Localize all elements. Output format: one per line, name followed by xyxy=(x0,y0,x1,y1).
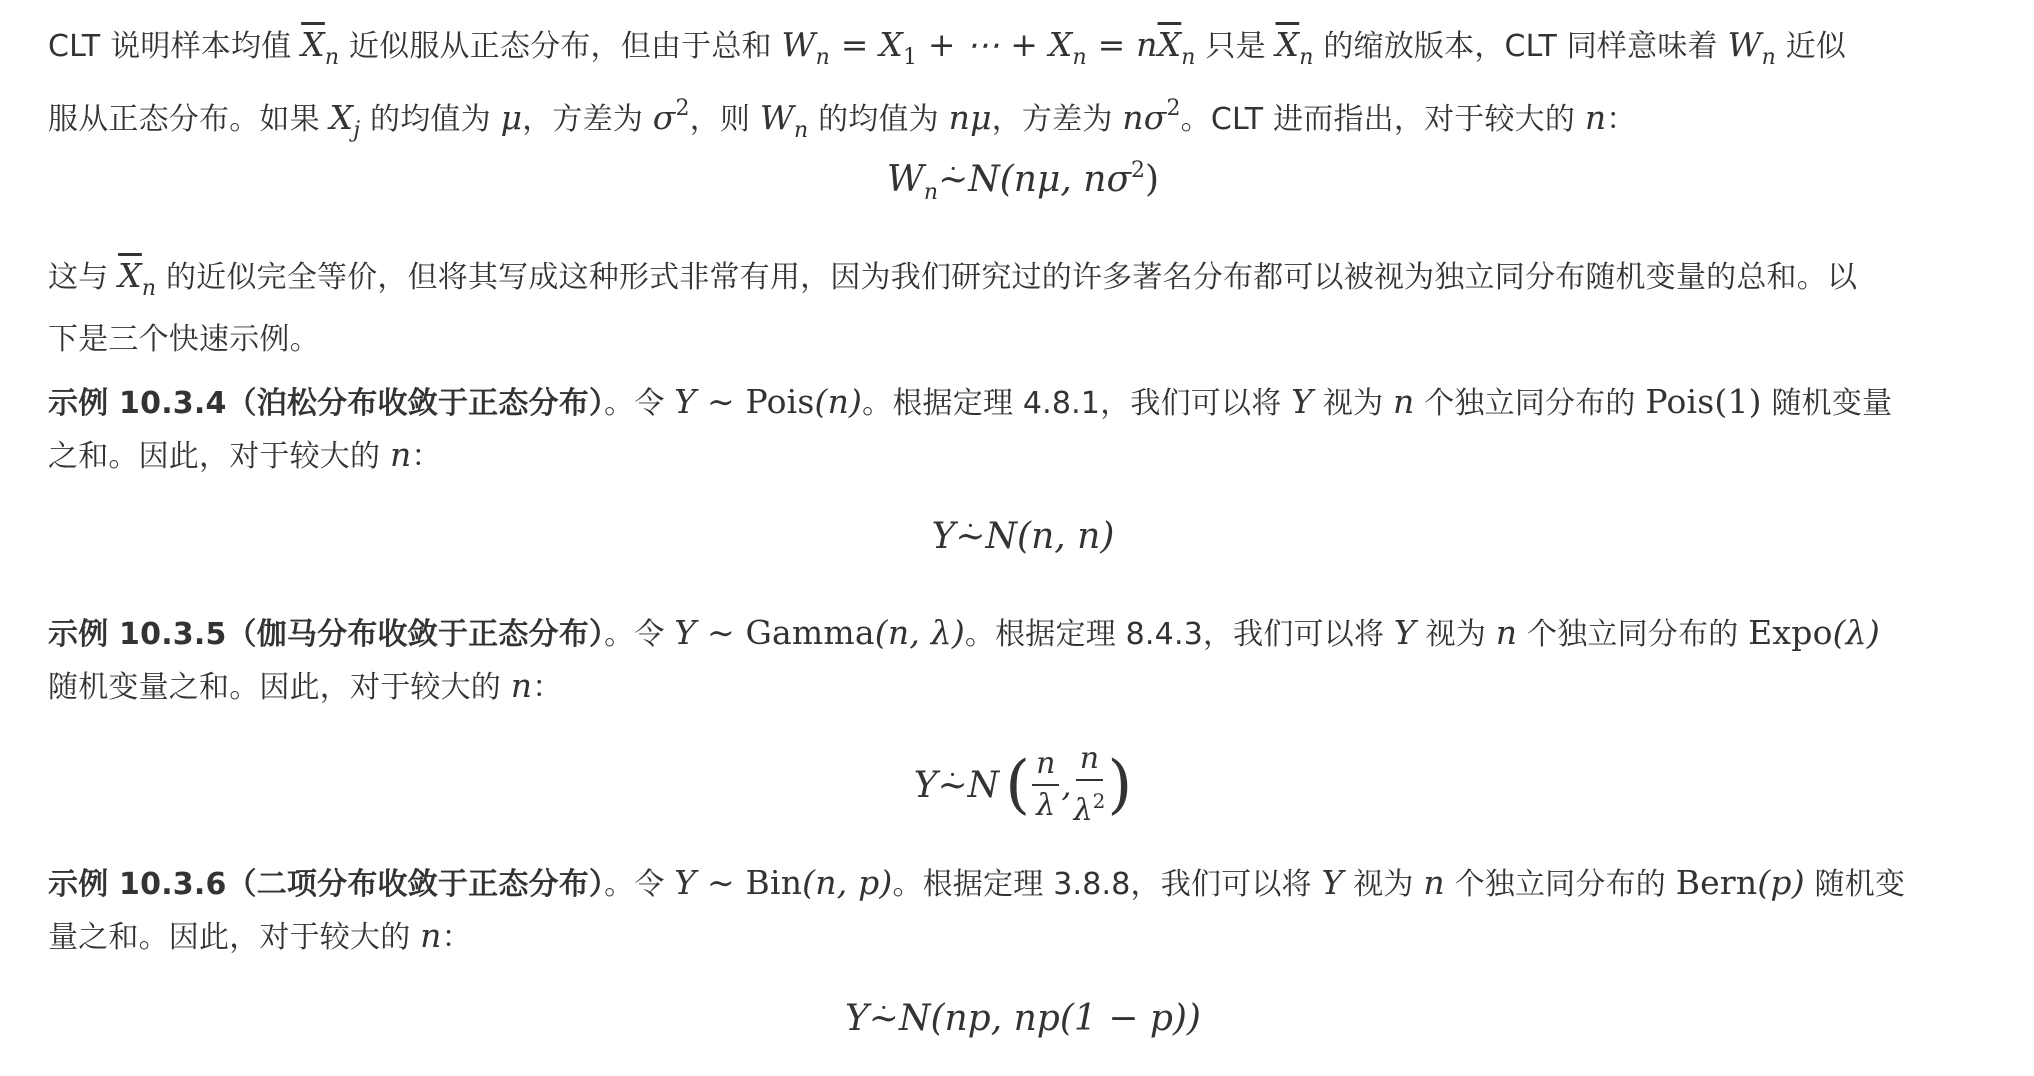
math-y: Y xyxy=(1322,863,1344,902)
math-expr: = n xyxy=(1087,25,1158,64)
math-superscript: 2 xyxy=(1093,789,1106,813)
fraction-n-over-lambda-squared: nλ2 xyxy=(1074,739,1106,831)
math-subscript: n xyxy=(816,45,830,70)
math-y: Y xyxy=(1291,382,1313,421)
math-expr: = X xyxy=(830,25,903,64)
text: 量之和。因此，对于较大的 xyxy=(48,920,420,955)
fraction-n-over-lambda: nλ xyxy=(1032,744,1059,826)
paragraph-line: 之和。因此，对于较大的 n： xyxy=(48,429,1998,482)
math-expr: + ⋯ + X xyxy=(917,25,1072,64)
math-y: Y xyxy=(845,998,869,1039)
equation-gamma-approx: Y·∼N(nλ,nλ2) xyxy=(48,738,1998,832)
math-n: n xyxy=(390,435,411,474)
example-title: 示例 10.3.4（泊松分布收敛于正态分布） xyxy=(48,386,604,421)
text: 这与 xyxy=(48,260,118,295)
example-title: 示例 10.3.6（二项分布收敛于正态分布） xyxy=(48,867,604,902)
text: 。根据定理 3.8.8，我们可以将 xyxy=(892,867,1321,902)
equivalence-paragraph: 这与 Xn 的近似完全等价，但将其写成这种形式非常有用，因为我们研究过的许多著名… xyxy=(48,250,1998,365)
math-sigma: σ xyxy=(653,98,676,137)
denominator: λ xyxy=(1036,786,1055,826)
text: 近似服从正态分布，但由于总和 xyxy=(339,29,781,64)
math-dist-name: Pois xyxy=(746,382,815,421)
math-expr: Y ∼ xyxy=(674,382,745,421)
text: 的缩放版本，CLT 同样意味着 xyxy=(1314,29,1728,64)
text: 的近似完全等价，但将其写成这种形式非常有用，因为我们研究过的许多著名分布都可以被… xyxy=(156,260,1857,295)
paragraph-line: 示例 10.3.4（泊松分布收敛于正态分布）。令 Y ∼ Pois(n)。根据定… xyxy=(48,376,1998,429)
text: 个独立同分布的 xyxy=(1415,386,1646,421)
math-expr: (p) xyxy=(1757,863,1804,902)
dot: · xyxy=(967,512,975,540)
math-n: n xyxy=(1585,98,1606,137)
paragraph-line: 服从正态分布。如果 Xj 的均值为 μ，方差为 σ2，则 Wn 的均值为 nμ，… xyxy=(48,83,1998,156)
paragraph-line: CLT 说明样本均值 Xn 近似服从正态分布，但由于总和 Wn = X1 + ⋯… xyxy=(48,19,1998,83)
math-n: n xyxy=(1423,863,1444,902)
math-normal: N xyxy=(968,765,1000,806)
math-y: Y xyxy=(932,516,956,557)
dot: · xyxy=(949,155,957,183)
left-paren: ( xyxy=(1005,748,1030,822)
math-subscript: n xyxy=(142,276,156,301)
paragraph-line: 示例 10.3.5（伽马分布收敛于正态分布）。令 Y ∼ Gamma(n, λ)… xyxy=(48,607,1998,660)
text: 的均值为 xyxy=(808,102,948,137)
text: ： xyxy=(442,920,472,955)
math-y: Y xyxy=(914,765,938,806)
text: CLT 说明样本均值 xyxy=(48,29,301,64)
math-superscript: 2 xyxy=(676,96,690,121)
text: 的均值为 xyxy=(360,102,500,137)
numerator: n xyxy=(1076,739,1103,781)
math-expr: (n, λ) xyxy=(875,613,965,652)
math-expr: N(n, n) xyxy=(986,516,1115,557)
text: 。令 xyxy=(604,386,674,421)
math-mu: μ xyxy=(501,98,523,137)
math-expr: (n, p) xyxy=(802,863,892,902)
equation-binomial-approx: Y·∼N(np, np(1 − p)) xyxy=(48,998,1998,1039)
example-10-3-5: 示例 10.3.5（伽马分布收敛于正态分布）。令 Y ∼ Gamma(n, λ)… xyxy=(48,607,1998,713)
clt-intro-paragraph: CLT 说明样本均值 Xn 近似服从正态分布，但由于总和 Wn = X1 + ⋯… xyxy=(48,19,1998,156)
dot: · xyxy=(880,994,888,1022)
math-dist-name: Gamma xyxy=(746,613,875,652)
math-w: W xyxy=(1727,25,1761,64)
math-dist-name: Pois(1) xyxy=(1645,382,1761,421)
math-subscript: n xyxy=(1299,45,1313,70)
text: 个独立同分布的 xyxy=(1517,617,1748,652)
text: 。令 xyxy=(604,867,674,902)
math-n: n xyxy=(420,916,441,955)
paragraph-line: 下是三个快速示例。 xyxy=(48,314,1998,365)
paragraph-line: 示例 10.3.6（二项分布收敛于正态分布）。令 Y ∼ Bin(n, p)。根… xyxy=(48,857,1998,910)
example-10-3-4: 示例 10.3.4（泊松分布收敛于正态分布）。令 Y ∼ Pois(n)。根据定… xyxy=(48,376,1998,482)
math-n: n xyxy=(511,666,532,705)
text: ，方差为 xyxy=(992,102,1123,137)
math-subscript: n xyxy=(325,45,339,70)
math-w: W xyxy=(887,159,924,200)
math-xbar: X xyxy=(118,256,142,295)
math-expr: (n) xyxy=(815,382,863,421)
lambda: λ xyxy=(1074,793,1093,828)
approx-distributed-symbol: ·∼ xyxy=(869,998,899,1039)
math-subscript: n xyxy=(924,180,938,205)
text: 近似 xyxy=(1776,29,1846,64)
math-y: Y xyxy=(1394,613,1416,652)
text: 随机变量 xyxy=(1762,386,1893,421)
math-dist-name: Expo xyxy=(1748,613,1833,652)
math-subscript: n xyxy=(1181,45,1195,70)
example-title: 示例 10.3.5（伽马分布收敛于正态分布） xyxy=(48,617,604,652)
math-expr: Y ∼ xyxy=(674,613,745,652)
text: 视为 xyxy=(1313,386,1393,421)
denominator: λ2 xyxy=(1074,781,1106,831)
math-subscript: n xyxy=(1762,45,1776,70)
paragraph-line: 这与 Xn 的近似完全等价，但将其写成这种形式非常有用，因为我们研究过的许多著名… xyxy=(48,250,1998,314)
math-dist-name: Bern xyxy=(1676,863,1758,902)
math-xbar: X xyxy=(1158,25,1182,64)
text: 随机变 xyxy=(1805,867,1905,902)
math-paren: ) xyxy=(1145,159,1159,200)
math-dist-name: Bin xyxy=(746,863,803,902)
math-expr: nμ xyxy=(949,98,992,137)
text: 服从正态分布。如果 xyxy=(48,102,330,137)
paragraph-line: 量之和。因此，对于较大的 n： xyxy=(48,910,1998,963)
text: ： xyxy=(411,439,441,474)
example-10-3-6: 示例 10.3.6（二项分布收敛于正态分布）。令 Y ∼ Bin(n, p)。根… xyxy=(48,857,1998,963)
dot: · xyxy=(949,761,957,789)
math-w: W xyxy=(782,25,816,64)
math-superscript: 2 xyxy=(1166,96,1180,121)
math-expr: nσ xyxy=(1122,98,1166,137)
text: 个独立同分布的 xyxy=(1445,867,1676,902)
text: 。CLT 进而指出，对于较大的 xyxy=(1181,102,1585,137)
text: 。根据定理 8.4.3，我们可以将 xyxy=(965,617,1394,652)
math-expr: N(nμ, nσ xyxy=(968,159,1131,200)
math-x: X xyxy=(330,98,354,137)
math-n: n xyxy=(1393,382,1414,421)
equation-wn-approx-normal: Wn·∼N(nμ, nσ2) xyxy=(48,158,1998,205)
approx-distributed-symbol: ·∼ xyxy=(955,516,985,557)
text: 视为 xyxy=(1416,617,1496,652)
text: 之和。因此，对于较大的 xyxy=(48,439,390,474)
comma: , xyxy=(1061,766,1071,804)
math-expr: Y ∼ xyxy=(674,863,745,902)
text: 。令 xyxy=(604,617,674,652)
math-n: n xyxy=(1496,613,1517,652)
right-paren: ) xyxy=(1107,748,1132,822)
text: ： xyxy=(532,670,562,705)
approx-distributed-symbol: ·∼ xyxy=(938,159,968,200)
math-w: W xyxy=(760,98,794,137)
math-subscript: n xyxy=(794,118,808,143)
text: 视为 xyxy=(1344,867,1424,902)
math-xbar: X xyxy=(1276,25,1300,64)
math-xbar: X xyxy=(301,25,325,64)
equation-poisson-approx: Y·∼N(n, n) xyxy=(48,516,1998,557)
approx-distributed-symbol: ·∼ xyxy=(937,765,967,806)
paragraph-line: 随机变量之和。因此，对于较大的 n： xyxy=(48,660,1998,713)
text: 。根据定理 4.8.1，我们可以将 xyxy=(862,386,1291,421)
text: ： xyxy=(1606,102,1636,137)
text: 随机变量之和。因此，对于较大的 xyxy=(48,670,511,705)
numerator: n xyxy=(1032,744,1059,786)
text: ，则 xyxy=(690,102,760,137)
math-superscript: 2 xyxy=(1131,158,1145,183)
math-expr: (λ) xyxy=(1833,613,1880,652)
math-subscript: n xyxy=(1073,45,1087,70)
text: ，方差为 xyxy=(522,102,653,137)
text: 只是 xyxy=(1196,29,1276,64)
math-subscript: 1 xyxy=(903,45,917,70)
math-expr: N(np, np(1 − p)) xyxy=(899,998,1201,1039)
